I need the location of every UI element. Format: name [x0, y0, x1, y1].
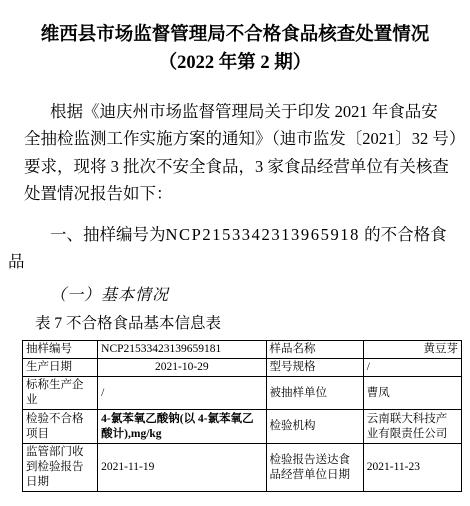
section-heading-1: 一、抽样编号为NCP2153342313965918 的不合格食 品 — [24, 221, 446, 276]
cell-value-sample-name: 黄豆芽 — [363, 341, 461, 359]
cell-label-producer: 标称生产企业 — [23, 377, 98, 410]
cell-value-report-delivered-date: 2021-11-23 — [363, 444, 461, 492]
cell-value-sampled-unit: 曹凤 — [363, 377, 461, 410]
document-page: 维西县市场监督管理局不合格食品核查处置情况 （2022 年第 2 期） 根据《迪… — [0, 0, 470, 506]
table-row: 标称生产企业 / 被抽样单位 曹凤 — [23, 377, 462, 410]
paragraph-line: 根据《迪庆州市场监督管理局关于印发 2021 年食品安 — [24, 98, 446, 125]
cell-value-production-date: 2021-10-29 — [98, 359, 266, 377]
cell-label-inspection-agency: 检验机构 — [266, 410, 363, 444]
section-heading-line: 一、抽样编号为NCP2153342313965918 的不合格食 — [24, 221, 446, 248]
cell-label-sample-no: 抽样编号 — [23, 341, 98, 359]
cell-label-report-received-date: 监管部门收到检验报告日期 — [23, 444, 98, 492]
cell-value-inspection-agency: 云南联大科技产业有限责任公司 — [363, 410, 461, 444]
table-row: 监管部门收到检验报告日期 2021-11-19 检验报告送达食品经营单位日期 2… — [23, 444, 462, 492]
table-row: 生产日期 2021-10-29 型号规格 / — [23, 359, 462, 377]
page-title: 维西县市场监督管理局不合格食品核查处置情况 （2022 年第 2 期） — [0, 21, 470, 77]
cell-label-model-spec: 型号规格 — [266, 359, 363, 377]
cell-label-report-delivered-date: 检验报告送达食品经营单位日期 — [266, 444, 363, 492]
sample-number: NCP2153342313965918 — [166, 225, 361, 244]
paragraph-line: 全抽检监测工作实施方案的通知》（迪市监发〔2021〕32 号） — [24, 125, 446, 152]
subsection-heading: （一）基本情况 — [24, 282, 446, 309]
cell-value-report-received-date: 2021-11-19 — [98, 444, 266, 492]
intro-paragraph: 根据《迪庆州市场监督管理局关于印发 2021 年食品安 全抽检监测工作实施方案的… — [24, 98, 446, 208]
cell-value-failed-item: 4-氯苯氧乙酸钠(以 4-氯苯氧乙酸计),mg/kg — [98, 410, 266, 444]
section-prefix: 一、抽样编号为 — [50, 225, 166, 244]
table-row: 检验不合格项目 4-氯苯氧乙酸钠(以 4-氯苯氧乙酸计),mg/kg 检验机构 … — [23, 410, 462, 444]
cell-label-production-date: 生产日期 — [23, 359, 98, 377]
title-line-2: （2022 年第 2 期） — [0, 49, 470, 77]
info-table: 抽样编号 NCP21533423139659181 样品名称 黄豆芽 生产日期 … — [22, 340, 462, 492]
cell-label-sampled-unit: 被抽样单位 — [266, 377, 363, 410]
paragraph-line: 处置情况报告如下： — [24, 180, 446, 207]
section-heading-wrap: 品 — [8, 248, 446, 275]
section-suffix: 的不合格食 — [360, 225, 447, 244]
cell-label-failed-item: 检验不合格项目 — [23, 410, 98, 444]
paragraph-line: 要求，现将 3 批次不安全食品，3 家食品经营单位有关核查 — [24, 153, 446, 180]
title-line-1: 维西县市场监督管理局不合格食品核查处置情况 — [0, 21, 470, 49]
table-row: 抽样编号 NCP21533423139659181 样品名称 黄豆芽 — [23, 341, 462, 359]
cell-label-sample-name: 样品名称 — [266, 341, 363, 359]
table-caption: 表 7 不合格食品基本信息表 — [24, 310, 446, 337]
cell-value-producer: / — [98, 377, 266, 410]
cell-value-model-spec: / — [363, 359, 461, 377]
cell-value-sample-no: NCP21533423139659181 — [98, 341, 266, 359]
